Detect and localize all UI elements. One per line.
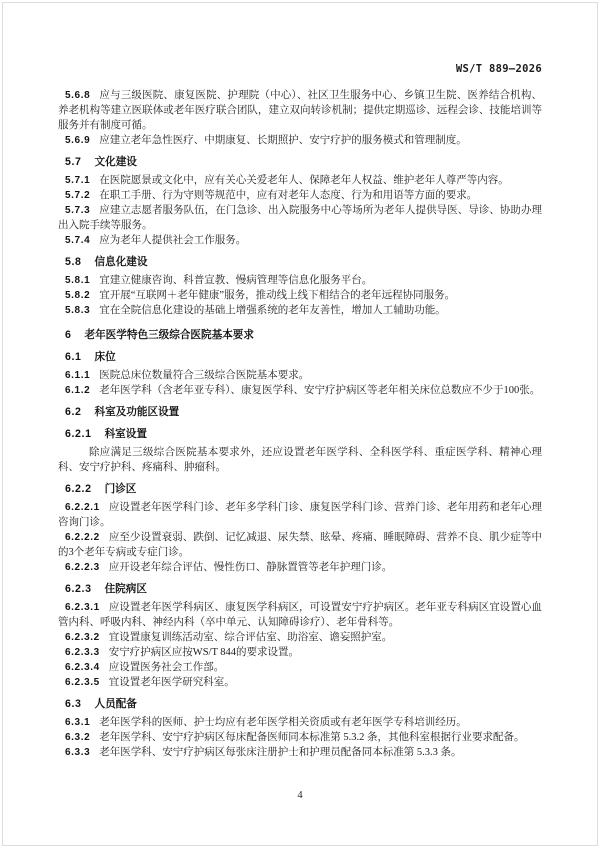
clause-text: 医院总床位数量符合三级综合医院基本要求。 <box>99 370 309 381</box>
clause-number: 6.2.3.2 <box>65 632 109 643</box>
heading-number: 6.2 <box>65 406 95 418</box>
clause-text: 宜开展“互联网＋老年健康”服务，推动线上线下相结合的老年远程协同服务。 <box>99 290 455 301</box>
clause-number: 5.8.3 <box>65 305 99 316</box>
clause-number: 6.1.1 <box>65 370 99 381</box>
heading-number: 6.1 <box>65 351 95 363</box>
heading-6-2: 6.2科室及功能区设置 <box>58 405 542 420</box>
clause-6-2-3-2: 6.2.3.2宜设置康复训练活动室、综合评估室、助浴室、谵妄照护室。 <box>58 630 542 645</box>
clause-5-8-3: 5.8.3宜在全院信息化建设的基础上增强系统的老年友善性，增加人工辅助功能。 <box>58 303 542 318</box>
clause-text: 应设置医务社会工作部。 <box>109 662 225 673</box>
clause-number: 6.2.3.5 <box>65 677 109 688</box>
heading-6-2-3: 6.2.3住院病区 <box>58 582 542 597</box>
heading-6-1: 6.1床位 <box>58 350 542 365</box>
clause-text: 在医院愿景或文化中，应有关心关爱老年人、保障老年人权益、维护老年人尊严等内容。 <box>99 175 509 186</box>
document-body: 5.6.8应与三级医院、康复医院、护理院（中心）、社区卫生服务中心、乡镇卫生院、… <box>58 88 542 760</box>
clause-6-3-2: 6.3.2老年医学科、安宁疗护病区每床配备医师同本标准第 5.3.2 条，其他科… <box>58 730 542 745</box>
clause-6-2-2-2: 6.2.2.2应至少设置衰弱、跌倒、记忆减退、尿失禁、眩晕、疼痛、睡眠障碍、营养… <box>58 530 542 560</box>
clause-6-2-3-3: 6.2.3.3安宁疗护病区应按WS/T 844的要求设置。 <box>58 645 542 660</box>
clause-text: 应至少设置衰弱、跌倒、记忆减退、尿失禁、眩晕、疼痛、睡眠障碍、营养不良、肌少症等… <box>58 532 542 558</box>
heading-6-2-1: 6.2.1科室设置 <box>58 427 542 442</box>
page-number: 4 <box>0 790 600 801</box>
clause-text: 应设置老年医学科病区、康复医学科病区，可设置安宁疗护病区。老年亚专科病区宜设置心… <box>58 602 542 628</box>
clause-number: 5.7.1 <box>65 175 99 186</box>
paragraph-6-2-1-body: 除应满足三级综合医院基本要求外，还应设置老年医学科、全科医学科、重症医学科、精神… <box>58 445 542 475</box>
clause-number: 5.6.8 <box>65 90 99 101</box>
clause-number: 5.7.2 <box>65 190 99 201</box>
clause-number: 6.3.3 <box>65 747 99 758</box>
clause-text: 宜设置老年医学研究科室。 <box>109 677 235 688</box>
clause-number: 5.8.2 <box>65 290 99 301</box>
clause-number: 5.8.1 <box>65 275 99 286</box>
heading-text: 住院病区 <box>105 583 147 595</box>
clause-5-7-1: 5.7.1在医院愿景或文化中，应有关心关爱老年人、保障老年人权益、维护老年人尊严… <box>58 173 542 188</box>
heading-6: 6老年医学特色三级综合医院基本要求 <box>58 328 542 343</box>
clause-6-2-3-1: 6.2.3.1应设置老年医学科病区、康复医学科病区，可设置安宁疗护病区。老年亚专… <box>58 600 542 630</box>
heading-number: 5.8 <box>65 256 95 268</box>
clause-5-8-1: 5.8.1宜建立健康咨询、科普宣教、慢病管理等信息化服务平台。 <box>58 273 542 288</box>
clause-text: 应为老年人提供社会工作服务。 <box>99 235 246 246</box>
clause-number: 6.3.1 <box>65 717 99 728</box>
clause-text: 应建立志愿者服务队伍，在门急诊、出入院服务中心等场所为老年人提供导医、导诊、协助… <box>58 205 542 231</box>
heading-number: 5.7 <box>65 156 95 168</box>
heading-number: 6.2.2 <box>65 483 105 495</box>
clause-6-2-2-1: 6.2.2.1应设置老年医学科门诊、老年多学科门诊、康复医学科门诊、营养门诊、老… <box>58 500 542 530</box>
heading-6-3: 6.3人员配备 <box>58 697 542 712</box>
clause-text: 老年医学科（含老年亚专科）、康复医学科、安宁疗护病区等老年相关床位总数应不少于1… <box>99 385 540 396</box>
clause-text: 应设置老年医学科门诊、老年多学科门诊、康复医学科门诊、营养门诊、老年用药和老年心… <box>58 502 542 528</box>
clause-text: 安宁疗护病区应按WS/T 844的要求设置。 <box>109 647 299 658</box>
clause-text: 宜在全院信息化建设的基础上增强系统的老年友善性，增加人工辅助功能。 <box>99 305 446 316</box>
clause-number: 6.3.2 <box>65 732 99 743</box>
standard-code-header: WS/T 889—2026 <box>456 63 542 75</box>
clause-text: 宜设置康复训练活动室、综合评估室、助浴室、谵妄照护室。 <box>109 632 393 643</box>
heading-number: 6.2.1 <box>65 428 105 440</box>
clause-number: 6.2.3.4 <box>65 662 109 673</box>
clause-5-6-9: 5.6.9应建立老年急性医疗、中期康复、长期照护、安宁疗护的服务模式和管理制度。 <box>58 133 542 148</box>
clause-text: 在职工手册、行为守则等规范中，应有对老年人态度、行为和用语等方面的要求。 <box>99 190 477 201</box>
clause-5-8-2: 5.8.2宜开展“互联网＋老年健康”服务，推动线上线下相结合的老年远程协同服务。 <box>58 288 542 303</box>
clause-number: 6.2.2.2 <box>65 532 109 543</box>
heading-text: 科室及功能区设置 <box>95 406 180 418</box>
clause-text: 应开设老年综合评估、慢性伤口、静脉置管等老年护理门诊。 <box>109 562 393 573</box>
clause-6-1-1: 6.1.1医院总床位数量符合三级综合医院基本要求。 <box>58 368 542 383</box>
clause-number: 5.7.4 <box>65 235 99 246</box>
document-page: WS/T 889—2026 5.6.8应与三级医院、康复医院、护理院（中心）、社… <box>0 0 600 848</box>
clause-6-1-2: 6.1.2老年医学科（含老年亚专科）、康复医学科、安宁疗护病区等老年相关床位总数… <box>58 383 542 398</box>
heading-number: 6 <box>65 329 85 341</box>
clause-text: 老年医学科、安宁疗护病区每床配备医师同本标准第 5.3.2 条，其他科室根据行业… <box>99 732 524 743</box>
heading-text: 床位 <box>95 351 116 363</box>
clause-number: 6.2.3.1 <box>65 602 109 613</box>
clause-5-7-4: 5.7.4应为老年人提供社会工作服务。 <box>58 233 542 248</box>
heading-text: 科室设置 <box>105 428 147 440</box>
heading-text: 人员配备 <box>95 698 137 710</box>
clause-text: 老年医学科的医师、护士均应有老年医学相关资质或有老年医学专科培训经历。 <box>99 717 467 728</box>
clause-text: 应建立老年急性医疗、中期康复、长期照护、安宁疗护的服务模式和管理制度。 <box>99 135 467 146</box>
heading-6-2-2: 6.2.2门诊区 <box>58 482 542 497</box>
heading-text: 门诊区 <box>105 483 137 495</box>
heading-text: 老年医学特色三级综合医院基本要求 <box>85 329 255 341</box>
clause-6-2-2-3: 6.2.2.3应开设老年综合评估、慢性伤口、静脉置管等老年护理门诊。 <box>58 560 542 575</box>
clause-number: 6.2.2.1 <box>65 502 109 513</box>
clause-number: 6.2.2.3 <box>65 562 109 573</box>
clause-text: 宜建立健康咨询、科普宣教、慢病管理等信息化服务平台。 <box>99 275 372 286</box>
heading-5-8: 5.8信息化建设 <box>58 255 542 270</box>
clause-6-3-3: 6.3.3老年医学科、安宁疗护病区每张床注册护士和护理员配备同本标准第 5.3.… <box>58 745 542 760</box>
clause-number: 5.7.3 <box>65 205 99 216</box>
clause-6-2-3-4: 6.2.3.4应设置医务社会工作部。 <box>58 660 542 675</box>
clause-number: 6.2.3.3 <box>65 647 109 658</box>
clause-text: 应与三级医院、康复医院、护理院（中心）、社区卫生服务中心、乡镇卫生院、医养结合机… <box>58 90 542 131</box>
heading-5-7: 5.7文化建设 <box>58 155 542 170</box>
heading-number: 6.2.3 <box>65 583 105 595</box>
clause-5-6-8: 5.6.8应与三级医院、康复医院、护理院（中心）、社区卫生服务中心、乡镇卫生院、… <box>58 88 542 133</box>
clause-6-3-1: 6.3.1老年医学科的医师、护士均应有老年医学相关资质或有老年医学专科培训经历。 <box>58 715 542 730</box>
clause-5-7-3: 5.7.3应建立志愿者服务队伍，在门急诊、出入院服务中心等场所为老年人提供导医、… <box>58 203 542 233</box>
clause-6-2-3-5: 6.2.3.5宜设置老年医学研究科室。 <box>58 675 542 690</box>
clause-text: 老年医学科、安宁疗护病区每张床注册护士和护理员配备同本标准第 5.3.3 条。 <box>99 747 461 758</box>
clause-number: 5.6.9 <box>65 135 99 146</box>
clause-number: 6.1.2 <box>65 385 99 396</box>
heading-text: 信息化建设 <box>95 256 148 268</box>
heading-number: 6.3 <box>65 698 95 710</box>
heading-text: 文化建设 <box>95 156 137 168</box>
clause-5-7-2: 5.7.2在职工手册、行为守则等规范中，应有对老年人态度、行为和用语等方面的要求… <box>58 188 542 203</box>
